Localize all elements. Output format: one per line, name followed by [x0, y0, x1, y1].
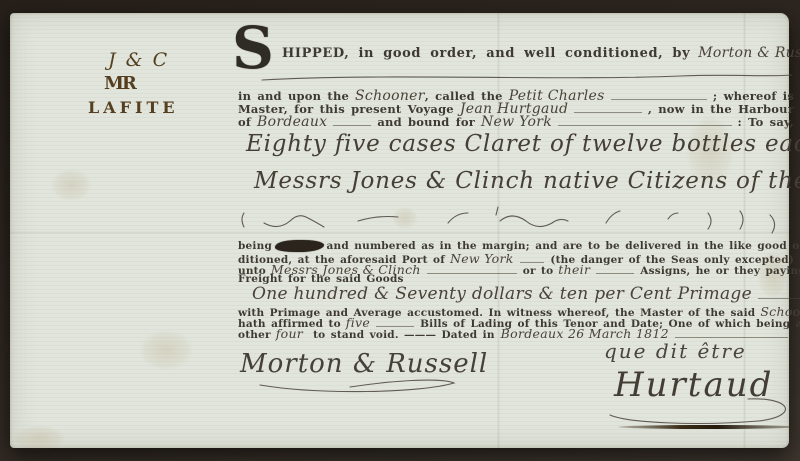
master-signature: Hurtaud	[614, 365, 773, 405]
void-printed: to stand void. ——— Dated in	[313, 329, 495, 341]
blank-fill-line	[675, 335, 788, 338]
signature-flourish	[240, 379, 470, 395]
mark-monogram: MR	[104, 73, 179, 94]
heavy-ink-underline	[618, 425, 798, 429]
pen-flourish-line	[260, 71, 794, 83]
bill-of-lading-document: J & C MR LAFITE S HIPPED, in good order,…	[10, 13, 789, 448]
mark-name: LAFITE	[88, 98, 179, 117]
other-printed: other	[238, 329, 271, 341]
shipped-line: HIPPED, in good order, and well conditio…	[238, 45, 794, 61]
freight-amount-handwritten: One hundred & Seventy dollars & ten per …	[252, 284, 752, 304]
photo-background: J & C MR LAFITE S HIPPED, in good order,…	[0, 0, 800, 461]
mark-initials: J & C	[108, 49, 179, 71]
shipper-signature: Morton & Russell	[240, 349, 488, 379]
bound-printed: and bound for	[377, 115, 475, 129]
blank-fill-line	[558, 123, 732, 126]
paper-stain	[44, 163, 98, 207]
shipped-printed-text: HIPPED, in good order, and well conditio…	[282, 46, 690, 61]
to-say-printed: : To say,	[738, 115, 794, 129]
line-filler-squiggles	[238, 205, 794, 235]
cargo-line-2: Messrs Jones & Clinch native Citizens of…	[238, 168, 800, 194]
cargo-margin-mark: J & C MR LAFITE	[76, 49, 179, 117]
shipper-name-handwritten: Morton & Russell	[698, 45, 800, 61]
destination-handwritten: New York	[481, 114, 552, 130]
document-body: S HIPPED, in good order, and well condit…	[238, 13, 794, 448]
paper-stain	[130, 323, 202, 377]
void-count-handwritten: four	[276, 326, 303, 341]
blank-fill-line	[758, 296, 800, 299]
of-printed: of	[238, 115, 251, 129]
cargo-text-2: Messrs Jones & Clinch native Citizens of…	[254, 168, 800, 194]
freight-amount-line: One hundred & Seventy dollars & ten per …	[238, 284, 800, 304]
ports-line: of Bordeaux and bound for New York : To …	[238, 114, 794, 130]
paper-stain	[4, 421, 74, 455]
master-signature-note: que dit être	[604, 339, 747, 363]
blank-fill-line	[611, 97, 707, 100]
home-port-handwritten: Bordeaux	[257, 114, 327, 130]
blank-fill-line	[574, 110, 642, 113]
blank-fill-line	[333, 123, 371, 126]
cargo-text-1: Eighty five cases Claret of twelve bottl…	[246, 131, 800, 157]
cargo-line-1: Eighty five cases Claret of twelve bottl…	[238, 131, 800, 157]
shipper-signature-block: Morton & Russell	[240, 349, 488, 399]
